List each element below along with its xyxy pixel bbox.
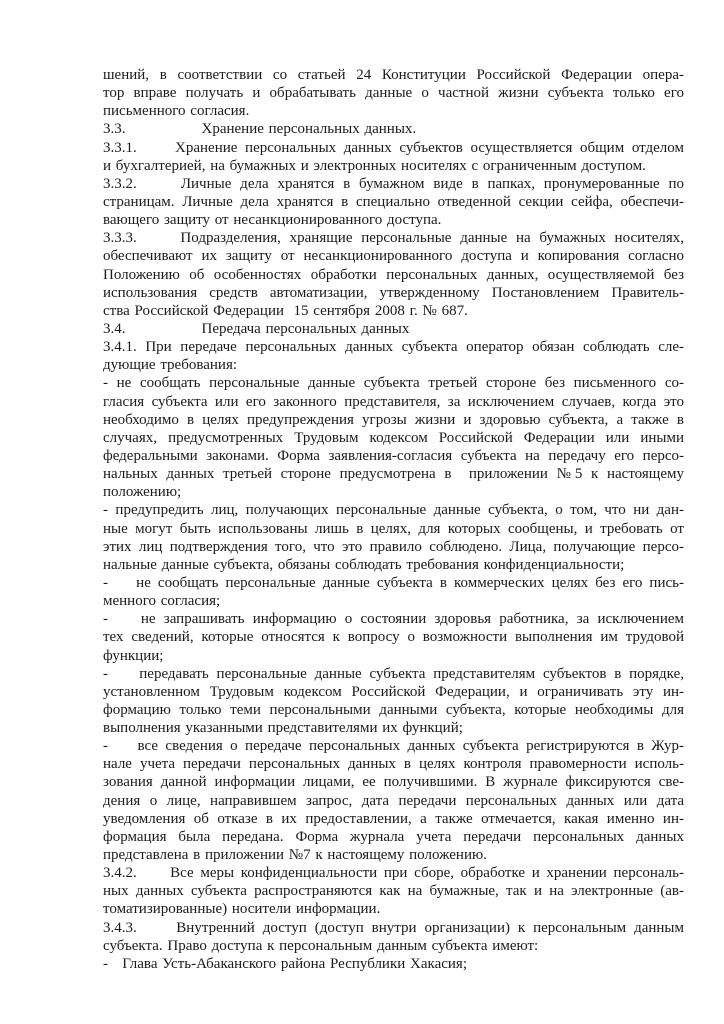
text-line: 3.4.1. При передаче персональных данных … [103,338,684,356]
text-line: 3.4.3. Внутренний доступ (доступ внутри … [103,919,684,937]
text-line: выполнения указанными представителями их… [103,719,684,737]
text-line: уведомления об отказе в их предоставлени… [103,810,684,828]
text-line: представлена в приложении №7 к настоящем… [103,846,684,864]
text-line: страницам. Личные дела хранятся в специа… [103,193,684,211]
text-line: шений, в соответствии со статьей 24 Конс… [103,66,684,84]
text-line: использования средств автоматизации, утв… [103,284,684,302]
text-line: тор вправе получать и обрабатывать данны… [103,84,684,102]
document-text-block: шений, в соответствии со статьей 24 Конс… [103,66,684,973]
text-line: - предупредить лиц, получающих персональ… [103,501,684,519]
text-line: дения о лице, направившем запрос, дата п… [103,792,684,810]
text-line: случаях, предусмотренных Трудовым кодекс… [103,429,684,447]
text-line: 3.4.2. Все меры конфиденциальности при с… [103,864,684,882]
text-line: 3.3.2. Личные дела хранятся в бумажном в… [103,175,684,193]
text-line: формация была передана. Форма журнала уч… [103,828,684,846]
text-line: нальные данные субъекта, обязаны соблюда… [103,556,684,574]
text-line: нальных данных третьей стороне предусмот… [103,465,684,483]
text-line: необходимо в целях предупреждения угрозы… [103,411,684,429]
text-line: - все сведения о передаче персональных д… [103,737,684,755]
text-line: Положению об особенностях обработки перс… [103,266,684,284]
text-line: 3.3.1. Хранение персональных данных субъ… [103,139,684,157]
text-line: федеральными законами. Форма заявления-с… [103,447,684,465]
text-line: нале учета передачи персональных данных … [103,755,684,773]
text-line: функции; [103,647,684,665]
text-line: 3.3. Хранение персональных данных. [103,120,684,138]
text-line: субъекта. Право доступа к персональным д… [103,937,684,955]
text-line: томатизированные) носители информации. [103,900,684,918]
text-line: зования данной информации лицами, ее пол… [103,773,684,791]
text-line: ные могут быть использованы лишь в целях… [103,520,684,538]
document-page: шений, в соответствии со статьей 24 Конс… [0,0,724,1024]
text-line: ных данных субъекта распространяются как… [103,882,684,900]
text-line: положению; [103,483,684,501]
text-line: 3.4. Передача персональных данных [103,320,684,338]
text-line: вающего защиту от несанкционированного д… [103,211,684,229]
text-line: - не запрашивать информацию о состоянии … [103,610,684,628]
text-line: гласия субъекта или его законного предст… [103,393,684,411]
text-line: этих лиц подтверждения того, что это пра… [103,538,684,556]
text-line: 3.3.3. Подразделения, хранящие персональ… [103,229,684,247]
text-line: менного согласия; [103,592,684,610]
text-line: формацию только теми персональными данны… [103,701,684,719]
text-line: дующие требования: [103,356,684,374]
text-line: - не сообщать персональные данные субъек… [103,374,684,392]
text-line: ства Российской Федерации 15 сентября 20… [103,302,684,320]
text-line: и бухгалтерией, на бумажных и электронны… [103,157,684,175]
text-line: - не сообщать персональные данные субъек… [103,574,684,592]
text-line: обеспечивают их защиту от несанкциониров… [103,247,684,265]
text-line: - Глава Усть-Абаканского района Республи… [103,955,684,973]
text-line: установленном Трудовым кодексом Российск… [103,683,684,701]
text-line: тех сведений, которые относятся к вопрос… [103,628,684,646]
text-line: - передавать персональные данные субъект… [103,665,684,683]
text-line: письменного согласия. [103,102,684,120]
